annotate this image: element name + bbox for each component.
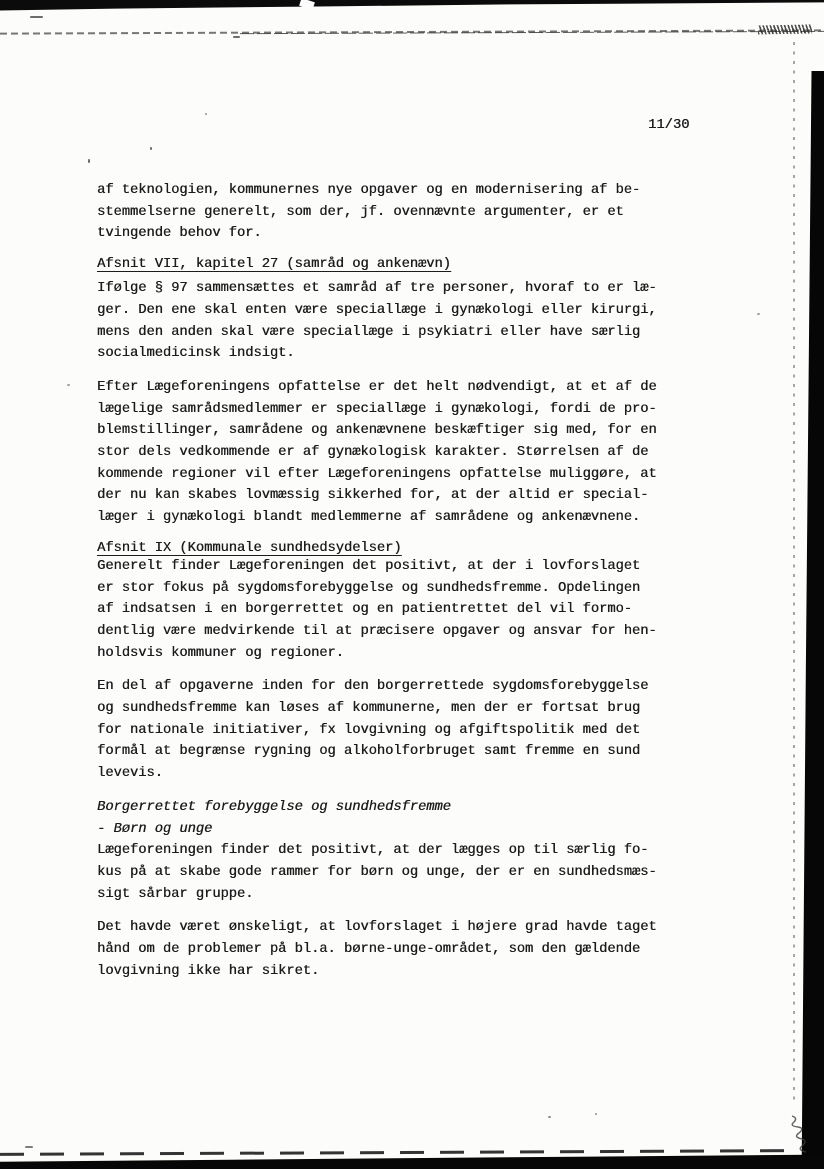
italic-subheading-line: - Børn og unge <box>97 819 682 841</box>
scan-speck <box>25 1146 33 1148</box>
text-line: blemstillinger, samrådene og ankenævnene… <box>97 420 682 442</box>
scan-speck <box>205 113 207 115</box>
paragraph-nationale-initiativer: En del af opgaverne inden for den borger… <box>97 676 682 785</box>
text-line: lovgivning ikke har sikret. <box>97 961 682 983</box>
italic-subheading-line: Borgerrettet forebyggelse og sundhedsfre… <box>97 797 682 819</box>
text-line: Efter Lægeforeningens opfattelse er det … <box>97 377 682 399</box>
heading-afsnit-vii-text: Afsnit VII, kapitel 27 (samråd og ankenæ… <box>97 257 451 272</box>
text-line: mens den anden skal være speciallæge i p… <box>97 322 682 344</box>
text-line: sigt sårbar gruppe. <box>97 884 682 906</box>
paragraph-boern-og-unge: Lægeforeningen finder det positivt, at d… <box>97 840 682 905</box>
text-line: hånd om de problemer på bl.a. børne-unge… <box>97 939 682 961</box>
scan-artifact-right-edge-bar <box>798 71 824 1169</box>
paragraph-laegeforeningen-opinion: Efter Lægeforeningens opfattelse er det … <box>97 377 682 529</box>
scan-artifact-right-dotted-line <box>793 42 795 1102</box>
text-line: og sundhedsfremme kan løses af kommunern… <box>97 698 682 720</box>
scanned-document-page: 11/30 af teknologien, kommunernes nye op… <box>0 0 824 1169</box>
scan-speck <box>88 159 90 163</box>
paragraph-generelt-positivt: Generelt finder Lægeforeningen det posit… <box>97 556 682 665</box>
text-line: stemmelserne generelt, som der, jf. oven… <box>97 202 682 224</box>
text-line: for nationale initiativer, fx lovgivning… <box>97 720 682 742</box>
document-body: af teknologien, kommunernes nye opgaver … <box>97 180 682 983</box>
heading-afsnit-ix: Afsnit IX (Kommunale sundhedsydelser) <box>97 541 682 556</box>
scan-speck <box>595 1113 597 1115</box>
text-line: af teknologien, kommunernes nye opgaver … <box>97 180 682 202</box>
text-line: En del af opgaverne inden for den borger… <box>97 676 682 698</box>
scan-artifact-top-edge-bar <box>0 0 824 11</box>
text-line: holdsvis kommuner og regioner. <box>97 643 682 665</box>
text-line: der nu kan skabes lovmæssig sikkerhed fo… <box>97 485 682 507</box>
scan-speck <box>150 147 152 150</box>
text-line: Lægeforeningen finder det positivt, at d… <box>97 840 682 862</box>
text-line: kus på at skabe gode rammer for børn og … <box>97 862 682 884</box>
text-line: ger. Den ene skal enten være speciallæge… <box>97 300 682 322</box>
text-line: af indsatsen i en borgerrettet og en pat… <box>97 599 682 621</box>
scan-speck <box>30 16 43 18</box>
text-line: kommende regioner vil efter Lægeforening… <box>97 464 682 486</box>
text-line: levevis. <box>97 763 682 785</box>
text-line: Det havde været ønskeligt, at lovforslag… <box>97 917 682 939</box>
scan-artifact-bottom-dashes <box>0 1149 790 1156</box>
text-line: socialmedicinsk indsigt. <box>97 343 682 365</box>
scan-speck <box>67 384 70 386</box>
text-line: læger i gynækologi blandt medlemmerne af… <box>97 507 682 529</box>
paragraph-oenskeligt-lovforslag: Det havde været ønskeligt, at lovforslag… <box>97 917 682 982</box>
text-line: stor dels vedkommende er af gynækologisk… <box>97 442 682 464</box>
scan-artifact-top-bar-gap <box>299 0 315 10</box>
scan-artifact-bottom-edge-bar <box>0 1154 824 1169</box>
paragraph-technology-modernisation: af teknologien, kommunernes nye opgaver … <box>97 180 682 245</box>
heading-afsnit-ix-text: Afsnit IX (Kommunale sundhedsydelser) <box>97 541 402 556</box>
paragraph-samraad-composition: Ifølge § 97 sammensættes et samråd af tr… <box>97 278 682 365</box>
heading-afsnit-vii: Afsnit VII, kapitel 27 (samråd og ankenæ… <box>97 257 682 272</box>
text-line: dentlig være medvirkende til at præciser… <box>97 621 682 643</box>
scan-speck <box>233 36 240 38</box>
text-line: lægelige samrådsmedlemmer er speciallæge… <box>97 399 682 421</box>
scan-speck <box>757 313 760 315</box>
text-line: formål at begrænse rygning og alkoholfor… <box>97 741 682 763</box>
scan-artifact-perforation-end-hatch <box>758 25 812 35</box>
text-line: Generelt finder Lægeforeningen det posit… <box>97 556 682 578</box>
scan-artifact-corner-squiggle <box>788 1112 810 1154</box>
text-line: er stor fokus på sygdomsforebyggelse og … <box>97 578 682 600</box>
scan-speck <box>548 1116 551 1118</box>
text-line: Ifølge § 97 sammensættes et samråd af tr… <box>97 278 682 300</box>
text-line: tvingende behov for. <box>97 223 682 245</box>
page-number: 11/30 <box>648 115 689 137</box>
subheading-borgerrettet-forebyggelse: Borgerrettet forebyggelse og sundhedsfre… <box>97 797 682 840</box>
